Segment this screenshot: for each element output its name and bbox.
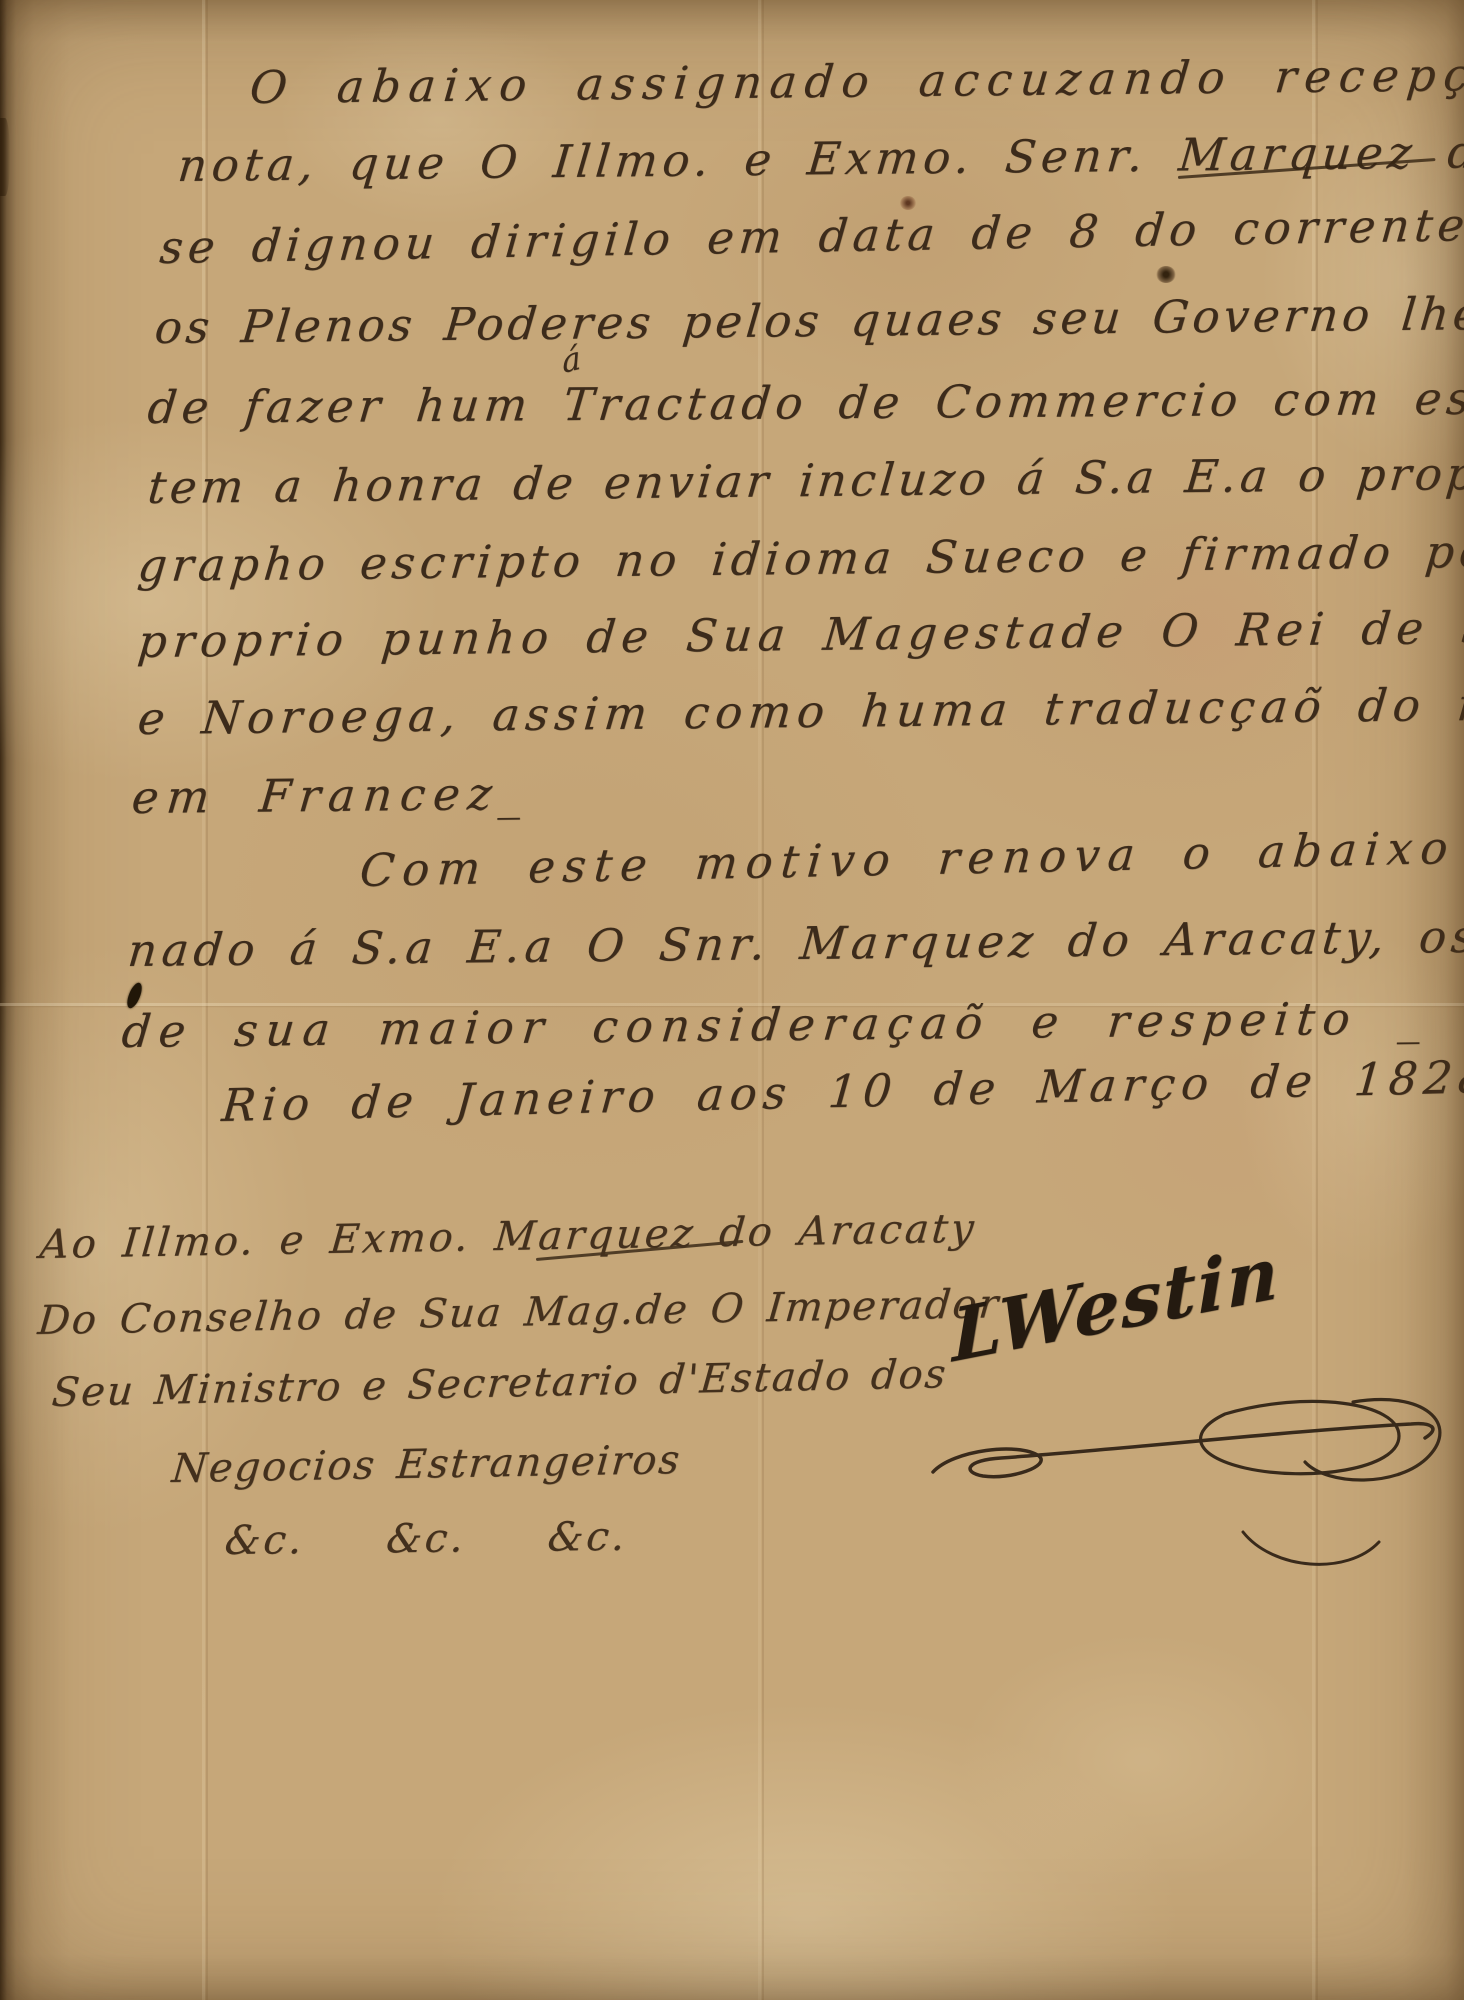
binding-notch <box>0 118 10 196</box>
body-line: em Francez_ <box>130 768 533 824</box>
signature-flourish <box>925 1380 1464 1590</box>
etc-line: &c. &c. &c. <box>223 1514 630 1564</box>
ink-blot <box>1156 266 1176 283</box>
body-line: nado á S.a E.a O Snr. Marquez do Aracaty… <box>126 908 1464 977</box>
body-line: nota, que O Illmo. e Exmo. Senr. Marquez… <box>176 123 1464 191</box>
manuscript-page: O abaixo assignado accuzando recepçaõ da… <box>0 0 1464 2000</box>
address-line: Negocios Estrangeiros <box>170 1437 683 1492</box>
body-line: grapho escripto no idioma Sueco e firmad… <box>136 525 1464 592</box>
body-line: proprio punho de Sua Magestade O Rei de … <box>136 600 1464 668</box>
dateline: Rio de Janeiro aos 10 de Março de 1828 <box>220 1051 1464 1132</box>
body-line: se dignou dirigilo em data de 8 do corre… <box>158 194 1464 274</box>
address-line: Do Conselho de Sua Mag.de O Imperador <box>36 1281 1002 1344</box>
address-line: Seu Ministro e Secretario d'Estado dos <box>50 1351 949 1416</box>
body-line: de sua maior consideraçaõ e respeito _ <box>120 992 1433 1057</box>
signature-name: LWestin <box>951 1231 1280 1379</box>
address-line: Ao Illmo. e Exmo. Marquez do Aracaty <box>38 1206 979 1268</box>
body-line: de fazer hum Tractado de Commercio com e… <box>145 370 1464 433</box>
body-line: Com este motivo renova o abaixo assig= <box>358 817 1464 897</box>
insertion-mark: á <box>560 339 582 381</box>
body-line: e Noroega, assim como huma traducçaõ do … <box>136 677 1464 745</box>
body-line: tem a honra de enviar incluzo á S.a E.a … <box>146 445 1464 514</box>
body-line: O abaixo assignado accuzando recepçaõ da <box>248 47 1464 114</box>
body-line: os Plenos Poderes pelos quaes seu Govern… <box>153 285 1464 354</box>
